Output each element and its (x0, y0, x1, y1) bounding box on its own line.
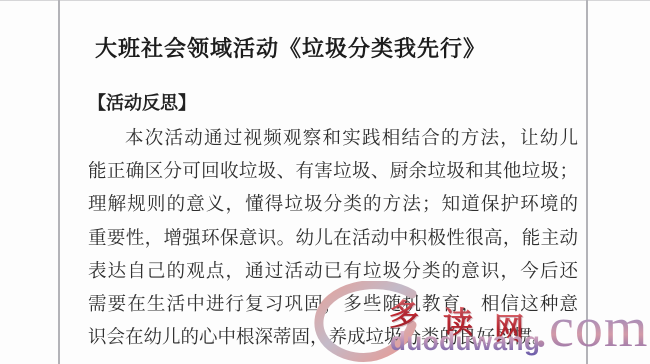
reflection-paragraph: 本次活动通过视频观察和实践相结合的方法，让幼儿 能正确区分可回收垃圾、有害垃圾、… (88, 121, 578, 353)
paragraph-line: 识会在幼儿的心中根深蒂固，养成垃圾分类的良好习惯。 (88, 320, 578, 353)
paragraph-line: 本次活动通过视频观察和实践相结合的方法，让幼儿 (88, 121, 578, 154)
page-left-edge (58, 0, 60, 364)
document-title: 大班社会领域活动《垃圾分类我先行》 (95, 32, 486, 63)
paragraph-line: 重要性，增强环保意识。幼儿在活动中积极性很高，能主动 (88, 221, 578, 254)
section-header: 【活动反思】 (88, 89, 196, 115)
paragraph-line: 能正确区分可回收垃圾、有害垃圾、厨余垃圾和其他垃圾； (88, 154, 578, 187)
page-right-edge (586, 0, 588, 364)
page-top-edge (0, 0, 650, 1)
paragraph-line: 表达自己的观点，通过活动已有垃圾分类的意识，今后还 (88, 254, 578, 287)
paragraph-line: 需要在生活中进行复习巩固，多些随机教育，相信这种意 (88, 287, 578, 320)
paragraph-line: 理解规则的意义，懂得垃圾分类的方法；知道保护环境的 (88, 187, 578, 220)
scanned-document-page: 大班社会领域活动《垃圾分类我先行》 【活动反思】 本次活动通过视频观察和实践相结… (0, 0, 650, 364)
